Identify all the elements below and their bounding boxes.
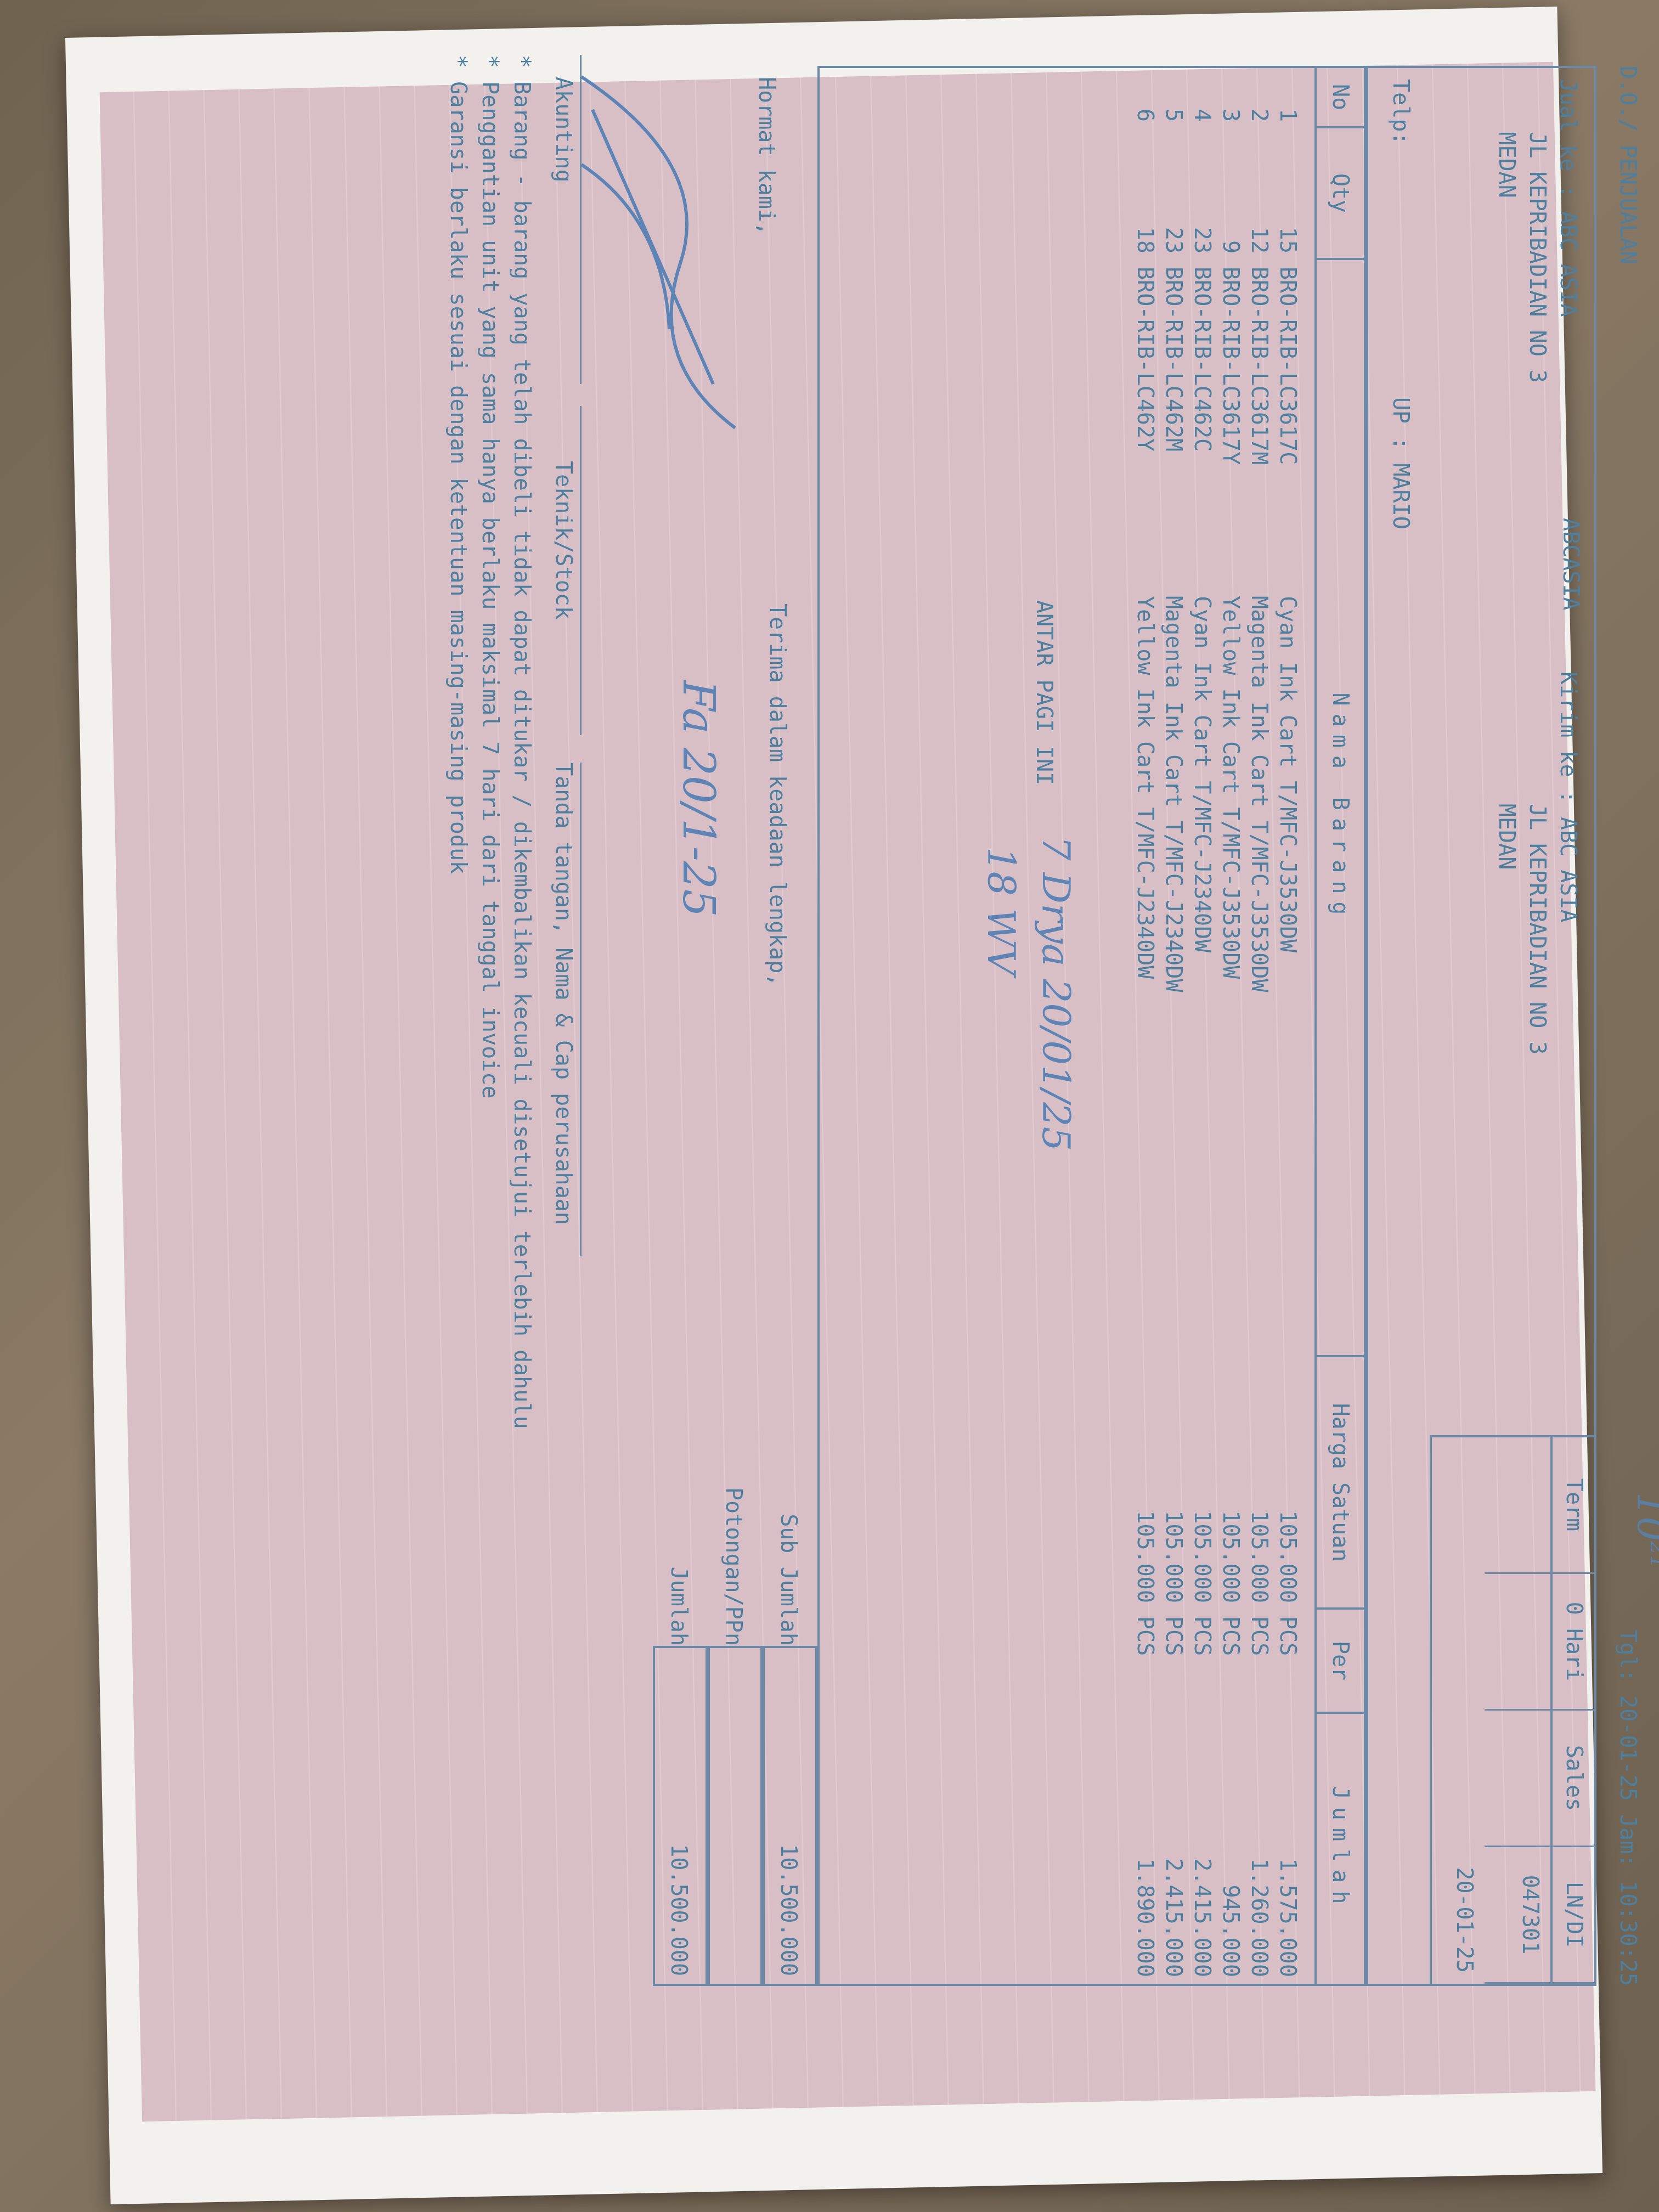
row-price: 105.000 bbox=[1161, 1357, 1189, 1610]
table-row: 1 15 BRO-RIB-LC3617C Cyan Ink Cart T/MFC… bbox=[1275, 68, 1304, 1984]
handwritten-number: 1021 bbox=[1628, 1492, 1659, 1569]
account-box: Term 0 Hari Sales LN/DI 047301 20-01-25 bbox=[1430, 1435, 1594, 1984]
sold-to-address: JL KEPRIBADIAN NO 3 bbox=[1525, 132, 1550, 383]
footer-note: * Garansi berlaku sesuai dengan ketentua… bbox=[442, 55, 474, 1429]
document-title: D.O./ PENJUALAN bbox=[1615, 66, 1640, 264]
row-code: BRO-RIB-LC462Y bbox=[1132, 260, 1161, 589]
account-date: 20-01-25 bbox=[1444, 1437, 1485, 1984]
ln-di-label: LN/DI bbox=[1553, 1847, 1594, 1984]
row-code: BRO-RIB-LC3617C bbox=[1275, 260, 1304, 589]
footer-note: * Penggantian unit yang sama hanya berla… bbox=[474, 55, 506, 1429]
ship-to-label: Kirim ke : bbox=[1555, 672, 1581, 804]
row-code: BRO-RIB-LC462M bbox=[1161, 260, 1189, 589]
handwritten-initials: Fa 20/1-25 bbox=[673, 680, 724, 917]
sold-to-name: ABC ASIA bbox=[1555, 211, 1581, 317]
term-value bbox=[1485, 1437, 1550, 1574]
row-no: 3 bbox=[1218, 68, 1246, 128]
ship-to-name: ABC ASIA bbox=[1555, 817, 1581, 923]
time-label: Jam: bbox=[1615, 1814, 1640, 1867]
row-sum: 1.890.000 bbox=[1132, 1714, 1161, 1984]
signature-scribble bbox=[571, 55, 746, 439]
row-code: BRO-RIB-LC3617M bbox=[1246, 260, 1275, 589]
date-label: Tgl: bbox=[1615, 1629, 1640, 1682]
row-price: 105.000 bbox=[1246, 1357, 1275, 1610]
subtotal-label: Sub Jumlah bbox=[776, 1514, 801, 1646]
total-value: 10.500.000 bbox=[653, 1646, 708, 1986]
row-code: BRO-RIB-LC462C bbox=[1189, 260, 1218, 589]
row-price: 105.000 bbox=[1189, 1357, 1218, 1610]
table-row: 2 12 BRO-RIB-LC3617M Magenta Ink Cart T/… bbox=[1246, 68, 1275, 1984]
row-price: 105.000 bbox=[1132, 1357, 1161, 1610]
signature-line-customer bbox=[580, 763, 582, 1256]
row-unit: PCS bbox=[1246, 1610, 1275, 1714]
telp-label: Telp: bbox=[1388, 79, 1413, 145]
sales-value bbox=[1485, 1711, 1550, 1847]
row-unit: PCS bbox=[1218, 1610, 1246, 1714]
handwritten-receiver-note: 7 Drya 20/01/25 bbox=[1034, 836, 1079, 1151]
table-header-row: No Qty Nama Barang Harga Satuan Per Juml… bbox=[1314, 68, 1364, 1984]
date-time: Tgl: 20-01-25 Jam: 10:30:25 bbox=[1615, 1629, 1640, 1986]
row-name: Yellow Ink Cart T/MFC-J2340DW bbox=[1132, 589, 1161, 1357]
row-name: Magenta Ink Cart T/MFC-J2340DW bbox=[1161, 589, 1189, 1357]
table-row: 6 18 BRO-RIB-LC462Y Yellow Ink Cart T/MF… bbox=[1132, 68, 1161, 1984]
sold-to-label: Jual ke : bbox=[1555, 79, 1581, 198]
row-price: 105.000 bbox=[1218, 1357, 1246, 1610]
row-unit: PCS bbox=[1161, 1610, 1189, 1714]
row-sum: 1.260.000 bbox=[1246, 1714, 1275, 1984]
row-sum: 2.415.000 bbox=[1161, 1714, 1189, 1984]
footer-notes: * Barang - barang yang telah dibeli tida… bbox=[442, 55, 538, 1429]
row-sum: 945.000 bbox=[1218, 1714, 1246, 1984]
account-value-row: 047301 bbox=[1485, 1437, 1550, 1984]
sold-to-block: Jual ke : ABC ASIA JL KEPRIBADIAN NO 3 M… bbox=[1491, 79, 1583, 383]
row-no: 5 bbox=[1161, 68, 1189, 128]
receipt-statement: Terima dalam keadaan lengkap, bbox=[765, 603, 790, 986]
attention-label: UP : MARIO bbox=[1388, 397, 1413, 529]
subtotal-value: 10.500.000 bbox=[763, 1646, 817, 1986]
sold-to-city: MEDAN bbox=[1494, 132, 1519, 198]
row-qty: 12 bbox=[1246, 128, 1275, 260]
row-no: 2 bbox=[1246, 68, 1275, 128]
col-name: Nama Barang bbox=[1317, 260, 1364, 1357]
sign-label-stock: Teknik/Stock bbox=[551, 461, 576, 619]
sales-label: Sales bbox=[1553, 1711, 1594, 1847]
days-value bbox=[1485, 1574, 1550, 1711]
total-label: Jumlah bbox=[666, 1567, 691, 1646]
table-row: 4 23 BRO-RIB-LC462C Cyan Ink Cart T/MFC-… bbox=[1189, 68, 1218, 1984]
table-row: 5 23 BRO-RIB-LC462M Magenta Ink Cart T/M… bbox=[1161, 68, 1189, 1984]
delivery-order-document: D.O./ PENJUALAN 1021 Tgl: 20-01-25 Jam: … bbox=[241, 22, 1659, 2024]
row-sum: 2.415.000 bbox=[1189, 1714, 1218, 1984]
ln-di-value: 047301 bbox=[1485, 1847, 1550, 1984]
col-no: No bbox=[1317, 68, 1364, 128]
row-price: 105.000 bbox=[1275, 1357, 1304, 1610]
date-value: 20-01-25 bbox=[1615, 1695, 1640, 1801]
table-row: 3 9 BRO-RIB-LC3617Y Yellow Ink Cart T/MF… bbox=[1218, 68, 1246, 1984]
row-qty: 23 bbox=[1189, 128, 1218, 260]
greeting: Hormat kami, bbox=[754, 77, 779, 235]
row-name: Cyan Ink Cart T/MFC-J3530DW bbox=[1275, 589, 1304, 1357]
row-unit: PCS bbox=[1189, 1610, 1218, 1714]
term-label: Term bbox=[1553, 1437, 1594, 1574]
row-code: BRO-RIB-LC3617Y bbox=[1218, 260, 1246, 589]
time-value: 10:30:25 bbox=[1615, 1880, 1640, 1986]
col-qty: Qty bbox=[1317, 128, 1364, 260]
row-qty: 18 bbox=[1132, 128, 1161, 260]
customer-code: ABCASIA bbox=[1558, 518, 1583, 611]
row-unit: PCS bbox=[1132, 1610, 1161, 1714]
items-table: No Qty Nama Barang Harga Satuan Per Juml… bbox=[817, 66, 1366, 1986]
footer-note: * Barang - barang yang telah dibeli tida… bbox=[506, 55, 538, 1429]
col-price: Harga Satuan bbox=[1317, 1357, 1364, 1610]
col-unit: Per bbox=[1317, 1610, 1364, 1714]
ship-to-city: MEDAN bbox=[1494, 804, 1519, 870]
document-header: D.O./ PENJUALAN 1021 Tgl: 20-01-25 Jam: … bbox=[1596, 66, 1640, 1986]
col-sum: Jumlah bbox=[1317, 1714, 1364, 1984]
row-name: Cyan Ink Cart T/MFC-J2340DW bbox=[1189, 589, 1218, 1357]
row-no: 1 bbox=[1275, 68, 1304, 128]
row-sum: 1.575.000 bbox=[1275, 1714, 1304, 1984]
row-no: 4 bbox=[1189, 68, 1218, 128]
table-body: 1 15 BRO-RIB-LC3617C Cyan Ink Cart T/MFC… bbox=[1132, 68, 1314, 1984]
ship-to-address: JL KEPRIBADIAN NO 3 bbox=[1525, 804, 1550, 1055]
term-days: 0 Hari bbox=[1553, 1574, 1594, 1711]
delivery-note: ANTAR PAGI INI bbox=[1031, 600, 1057, 785]
row-qty: 9 bbox=[1218, 128, 1246, 260]
sign-label-customer: Tanda tangan, Nama & Cap perusahaan bbox=[551, 763, 576, 1225]
row-qty: 15 bbox=[1275, 128, 1304, 260]
row-unit: PCS bbox=[1275, 1610, 1304, 1714]
address-info-box: Jual ke : ABC ASIA JL KEPRIBADIAN NO 3 M… bbox=[1366, 66, 1596, 1986]
discount-label: Potongan/PPn bbox=[721, 1487, 746, 1646]
signature-line-stock bbox=[580, 406, 582, 735]
row-qty: 23 bbox=[1161, 128, 1189, 260]
ship-to-block: Kirim ke : ABC ASIA JL KEPRIBADIAN NO 3 … bbox=[1491, 672, 1583, 1054]
row-no: 6 bbox=[1132, 68, 1161, 128]
account-header-row: Term 0 Hari Sales LN/DI bbox=[1550, 1437, 1594, 1984]
row-name: Yellow Ink Cart T/MFC-J3530DW bbox=[1218, 589, 1246, 1357]
handwritten-receiver-note-2: 18 WV bbox=[979, 847, 1024, 975]
row-name: Magenta Ink Cart T/MFC-J3530DW bbox=[1246, 589, 1275, 1357]
discount-value bbox=[708, 1646, 763, 1986]
